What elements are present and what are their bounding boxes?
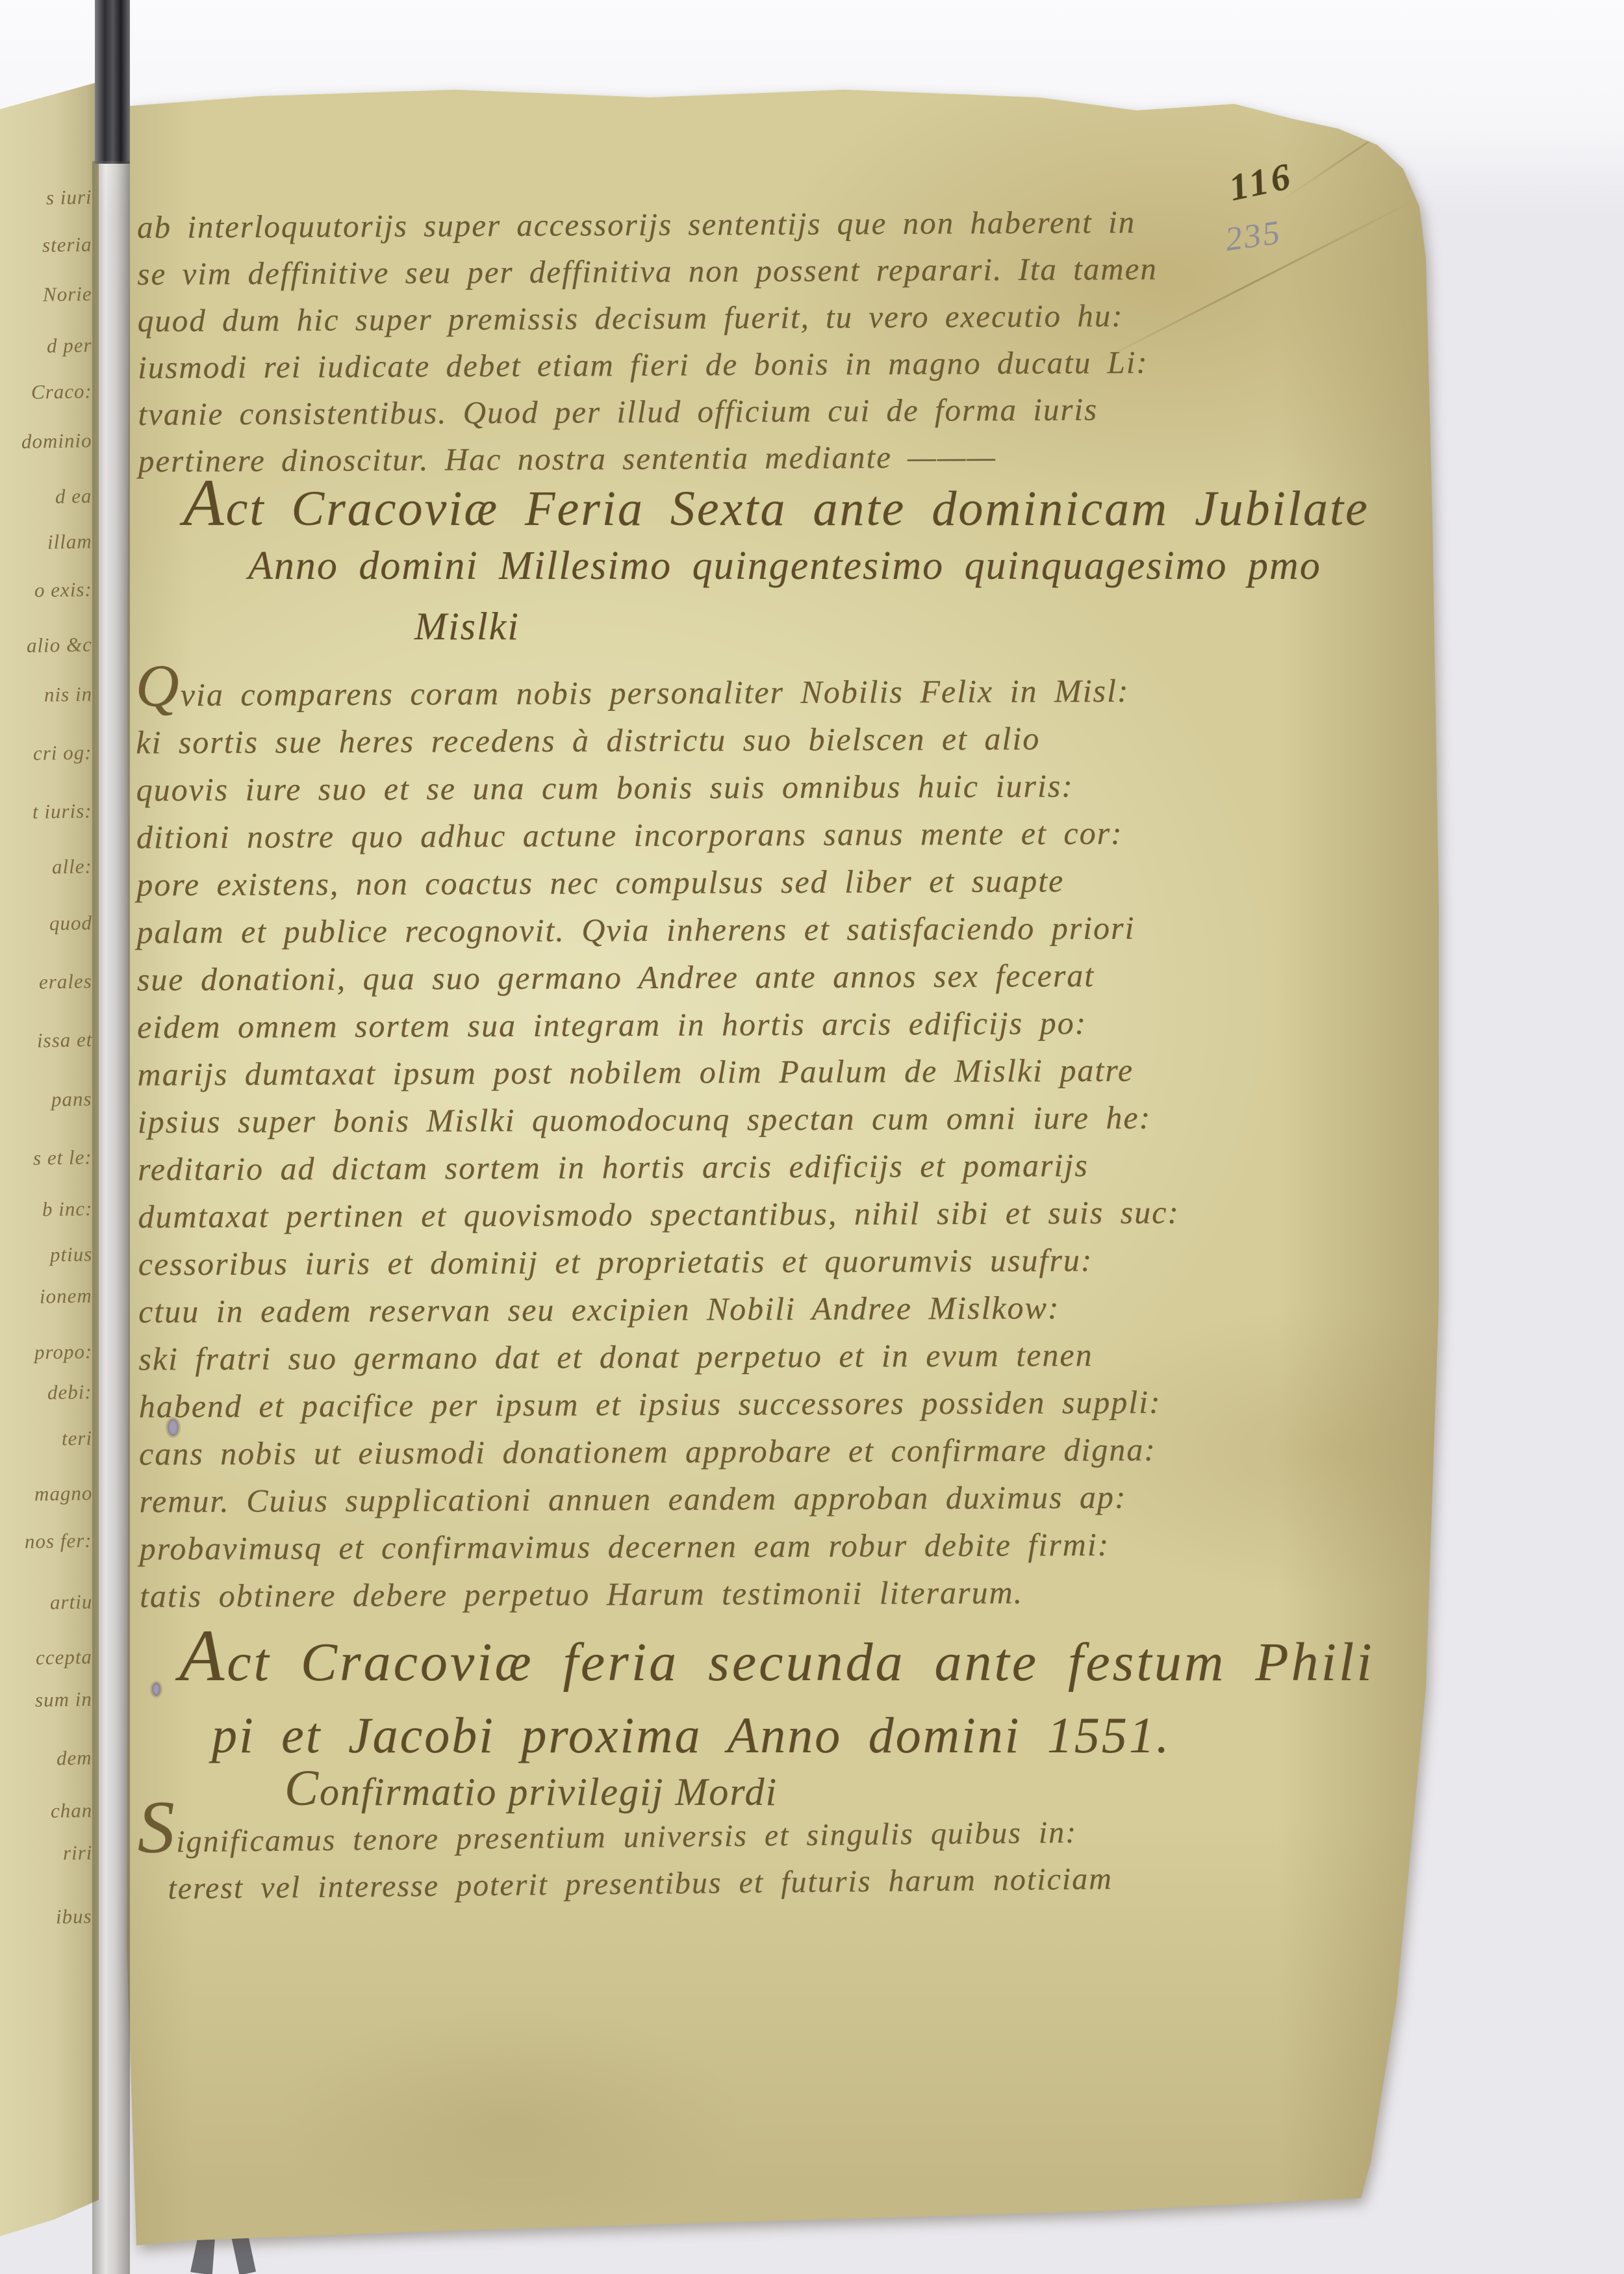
- manuscript-page-wrapper: 116 235 ab interloquutorijs super access…: [97, 83, 1469, 2255]
- facing-page-line-fragment: s iuri: [46, 185, 92, 209]
- facing-page-line-fragment: cri og:: [33, 741, 92, 765]
- parchment-crease: [1279, 96, 1436, 203]
- manuscript-text-line: probavimusq et confirmavimus decernen ea…: [140, 1520, 1182, 1572]
- photo-backdrop: s iuristeriaNoried perCraco:dominiod eai…: [0, 0, 1624, 2274]
- entry2-heading-line2: pi et Jacobi proxima Anno domini 1551.: [212, 1706, 1171, 1765]
- manuscript-text-line: sue donationi, qua suo germano Andree an…: [137, 952, 1179, 1004]
- manuscript-text-line: cans nobis ut eiusmodi donationem approb…: [139, 1425, 1181, 1477]
- manuscript-text-line: tatis obtinere debere perpetuo Harum tes…: [140, 1568, 1182, 1620]
- parchment-hole: [152, 1683, 160, 1696]
- manuscript-text-line: dumtaxat pertinen et quovismodo spectant…: [138, 1189, 1180, 1241]
- page-holder-clamp: [95, 0, 130, 164]
- manuscript-text-line: ditioni nostre quo adhuc actune incorpor…: [136, 810, 1178, 862]
- facing-page-line-fragment: ibus: [56, 1905, 92, 1929]
- facing-page-line-fragment: t iuris:: [32, 799, 92, 824]
- facing-page-line-fragment: propo:: [34, 1340, 92, 1364]
- manuscript-text-line: terest vel interesse poterit presentibus…: [168, 1856, 1113, 1912]
- page-number-pencil: 235: [1223, 213, 1284, 259]
- manuscript-text-line: ski fratri suo germano dat et donat perp…: [138, 1331, 1180, 1383]
- facing-page-line-fragment: alio &c: [27, 633, 92, 658]
- facing-page-line-fragment: artiu: [49, 1590, 92, 1614]
- facing-page-line-fragment: quod: [49, 911, 93, 935]
- facing-page-line-fragment: alle:: [52, 854, 92, 878]
- facing-page-line-fragment: dem: [57, 1746, 92, 1770]
- manuscript-text-line: ki sortis sue heres recedens à districtu…: [136, 715, 1178, 767]
- entry1-body-paragraph: Qvia comparens coram nobis personaliter …: [136, 667, 1182, 1620]
- manuscript-text-line: pore existens, non coactus nec compulsus…: [136, 857, 1178, 909]
- facing-page-line-fragment: chan: [50, 1798, 92, 1822]
- entry2-body-paragraph: Significamus tenore presentium universis…: [137, 1809, 1113, 1913]
- facing-page-line-fragment: steria: [42, 233, 92, 257]
- facing-page-text-fragments: s iuristeriaNoried perCraco:dominiod eai…: [0, 82, 99, 2236]
- facing-page-line-fragment: ptius: [49, 1242, 92, 1266]
- facing-page-line-fragment: d per: [47, 333, 92, 357]
- manuscript-text-line: eidem omnem sortem sua integram in horti…: [137, 999, 1179, 1051]
- facing-page-line-fragment: riri: [62, 1841, 92, 1865]
- manuscript-text-line: reditario ad dictam sortem in hortis arc…: [138, 1142, 1180, 1194]
- manuscript-text-line: ctuu in eadem reservan seu excipien Nobi…: [138, 1283, 1180, 1335]
- manuscript-text-line: habend et pacifice per ipsum et ipsius s…: [139, 1378, 1181, 1430]
- manuscript-text-line: ipsius super bonis Mislki quomodocunq sp…: [138, 1094, 1180, 1146]
- facing-page-line-fragment: issa et: [36, 1028, 92, 1052]
- manuscript-text-line: marijs dumtaxat ipsum post nobilem olim …: [137, 1047, 1179, 1099]
- facing-page-line-fragment: s et le:: [33, 1145, 92, 1170]
- manuscript-text-line: ab interloquutorijs super accessorijs se…: [137, 199, 1158, 251]
- facing-page-line-fragment: nos fer:: [25, 1529, 92, 1553]
- facing-page-line-fragment: Norie: [43, 282, 92, 306]
- entry1-heading-line2: Anno domini Millesimo quingentesimo quin…: [248, 543, 1321, 589]
- facing-page-line-fragment: dominio: [21, 429, 92, 454]
- facing-page-line-fragment: teri: [62, 1427, 93, 1451]
- facing-page-line-fragment: Craco:: [31, 379, 92, 404]
- facing-page-line-fragment: erales: [39, 969, 92, 993]
- entry2-rubric: Confirmatio privilegij Mordi: [285, 1770, 778, 1815]
- manuscript-text-line: cessoribus iuris et dominij et proprieta…: [138, 1236, 1180, 1288]
- facing-page-line-fragment: debi:: [47, 1380, 92, 1404]
- manuscript-page: 116 235 ab interloquutorijs super access…: [97, 83, 1469, 2255]
- facing-page-edge: s iuristeriaNoried perCraco:dominiod eai…: [0, 82, 99, 2236]
- manuscript-text-line: quovis iure suo et se una cum bonis suis…: [136, 762, 1178, 814]
- manuscript-text-line: tvanie consistentibus. Quod per illud of…: [138, 386, 1158, 438]
- manuscript-text-line: Qvia comparens coram nobis personaliter …: [136, 667, 1178, 719]
- entry1-marginal-title: Mislki: [414, 604, 520, 649]
- facing-page-line-fragment: b inc:: [42, 1197, 92, 1221]
- manuscript-text-line: quod dum hic super premissis decisum fue…: [138, 292, 1158, 344]
- facing-page-line-fragment: sum in: [35, 1687, 92, 1712]
- entry1-heading-line1: Act Cracoviæ Feria Sexta ante dominicam …: [183, 481, 1369, 537]
- facing-page-line-fragment: d ea: [55, 485, 92, 509]
- facing-page-line-fragment: magno: [34, 1481, 92, 1506]
- facing-page-line-fragment: ccepta: [36, 1645, 93, 1670]
- manuscript-text-line: se vim deffinitive seu per deffinitiva n…: [137, 246, 1158, 298]
- facing-page-line-fragment: nis in: [44, 682, 93, 706]
- facing-page-line-fragment: o exis:: [34, 578, 92, 602]
- manuscript-text-line: remur. Cuius supplicationi annuen eandem…: [139, 1473, 1181, 1525]
- opening-paragraph: ab interloquutorijs super accessorijs se…: [137, 199, 1159, 485]
- entry2-heading-line1: Act Cracoviæ feria secunda ante festum P…: [179, 1631, 1375, 1694]
- facing-page-line-fragment: pans: [51, 1087, 92, 1111]
- manuscript-text-line: iusmodi rei iudicate debet etiam fieri d…: [138, 339, 1158, 391]
- glass-weight-strip: [92, 161, 130, 2274]
- manuscript-text-line: pertinere dinoscitur. Hac nostra sentent…: [138, 433, 1159, 485]
- manuscript-text-line: palam et publice recognovit. Qvia inhere…: [136, 904, 1178, 956]
- facing-page-line-fragment: ionem: [40, 1284, 92, 1308]
- page-number-ink: 116: [1225, 153, 1297, 209]
- facing-page-line-fragment: illam: [47, 530, 92, 554]
